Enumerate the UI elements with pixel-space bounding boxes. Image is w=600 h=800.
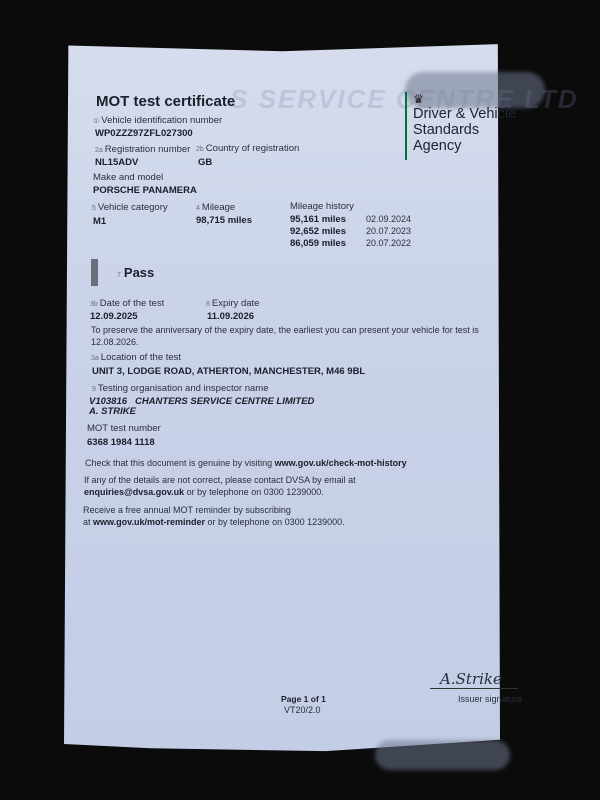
- mileage-history-label: Mileage history: [290, 201, 354, 212]
- agency-name-line: Standards: [413, 122, 516, 138]
- signature-label: Issuer signature: [458, 694, 522, 704]
- registration-label: 2aRegistration number: [95, 144, 190, 155]
- check-genuine-text: Check that this document is genuine by v…: [85, 458, 407, 468]
- issuer-signature: A.Strike: [440, 670, 502, 688]
- check-mot-history-link[interactable]: www.gov.uk/check-mot-history: [275, 458, 407, 468]
- category-value: M1: [93, 216, 106, 227]
- history-date: 20.07.2022: [366, 238, 411, 248]
- history-miles: 95,161 miles: [290, 214, 346, 225]
- test-number-label: MOT test number: [87, 423, 161, 434]
- country-value: GB: [198, 157, 212, 168]
- earliest-date: 12.08.2026.: [91, 337, 139, 347]
- test-date-label: 3bDate of the test: [90, 298, 164, 309]
- signature-line: [430, 688, 518, 689]
- dvsa-email-link[interactable]: enquiries@dvsa.gov.uk: [84, 487, 184, 497]
- mileage-label: 4Mileage: [196, 202, 235, 213]
- contact-text-2: enquiries@dvsa.gov.uk or by telephone on…: [84, 487, 324, 497]
- vin-label: ①Vehicle identification number: [93, 115, 222, 126]
- royal-crest-icon: ♛: [413, 92, 516, 106]
- mot-reminder-link[interactable]: www.gov.uk/mot-reminder: [93, 517, 205, 527]
- test-result: 7Pass: [117, 265, 154, 280]
- country-label: 2bCountry of registration: [196, 143, 299, 154]
- testing-org-label: 9Testing organisation and inspector name: [92, 383, 268, 394]
- test-date-value: 12.09.2025: [90, 311, 138, 322]
- history-date: 20.07.2023: [366, 226, 411, 236]
- redaction-smudge: [375, 740, 510, 770]
- make-model-value: PORSCHE PANAMERA: [93, 185, 197, 196]
- page-title: MOT test certificate: [96, 93, 235, 110]
- location-label: 3aLocation of the test: [91, 352, 181, 363]
- expiry-date-value: 11.09.2026: [207, 311, 254, 322]
- result-bar: [91, 259, 98, 286]
- reminder-text: Receive a free annual MOT reminder by su…: [83, 505, 291, 515]
- location-value: UNIT 3, LODGE ROAD, ATHERTON, MANCHESTER…: [92, 366, 365, 377]
- dvsa-logo: ♛ Driver & Vehicle Standards Agency: [405, 92, 516, 160]
- history-date: 02.09.2024: [366, 214, 411, 224]
- make-model-label: Make and model: [93, 172, 163, 183]
- registration-value: NL15ADV: [95, 157, 138, 168]
- mileage-value: 98,715 miles: [196, 215, 252, 226]
- agency-name-line: Agency: [413, 138, 516, 154]
- vin-value: WP0ZZZ97ZFL027300: [95, 128, 193, 139]
- anniversary-note: To preserve the anniversary of the expir…: [91, 325, 479, 335]
- contact-text: If any of the details are not correct, p…: [84, 475, 356, 485]
- field-number: ①: [93, 118, 99, 125]
- history-miles: 86,059 miles: [290, 238, 346, 249]
- reminder-text-2: at www.gov.uk/mot-reminder or by telepho…: [83, 517, 345, 527]
- expiry-date-label: 8Expiry date: [206, 298, 259, 309]
- inspector-name: A. STRIKE: [89, 406, 136, 417]
- form-code: VT20/2.0: [284, 705, 321, 715]
- category-label: 5Vehicle category: [92, 202, 168, 213]
- page-number: Page 1 of 1: [281, 694, 326, 704]
- test-number-value: 6368 1984 1118: [87, 437, 155, 448]
- history-miles: 92,652 miles: [290, 226, 346, 237]
- agency-name-line: Driver & Vehicle: [413, 106, 516, 122]
